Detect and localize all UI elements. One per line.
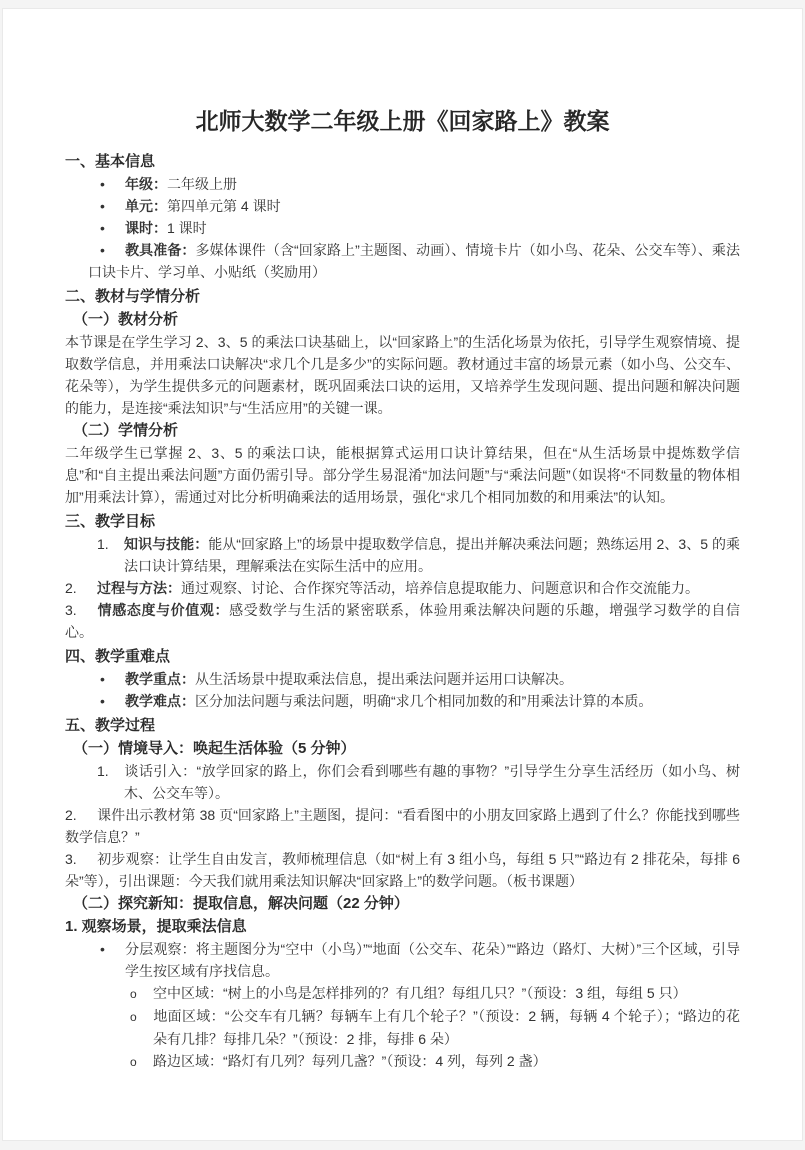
document-viewport: 北师大数学二年级上册《回家路上》教案 一、基本信息 •年级：二年级上册 •单元：… bbox=[0, 0, 805, 1150]
document-page: 北师大数学二年级上册《回家路上》教案 一、基本信息 •年级：二年级上册 •单元：… bbox=[2, 8, 803, 1141]
item-text: 二年级上册 bbox=[167, 176, 237, 192]
bullet-icon: • bbox=[100, 938, 125, 960]
list-item-materials: •教具准备：多媒体课件（含“回家路上”主题图、动画）、情境卡片（如小鸟、花朵、公… bbox=[65, 239, 740, 283]
objective-item-knowledge: 1.知识与技能：能从“回家路上”的场景中提取数学信息，提出并解决乘法问题；熟练运… bbox=[65, 533, 740, 577]
heading-objectives: 三、教学目标 bbox=[65, 511, 740, 533]
item-text: 谈话引入：“放学回家的路上，你们会看到哪些有趣的事物？”引导学生分享生活经历（如… bbox=[124, 763, 740, 801]
key-point-item: •教学重点：从生活场景中提取乘法信息，提出乘法问题并运用口诀解决。 bbox=[65, 668, 740, 690]
item-label: 情感态度与价值观： bbox=[97, 602, 229, 618]
heading-process: 五、教学过程 bbox=[65, 715, 740, 737]
item-text: 路边区域：“路灯有几列？每列几盏？”（预设：4 列，每列 2 盏） bbox=[153, 1053, 547, 1069]
objective-item-process: 2.过程与方法：通过观察、讨论、合作探究等活动，培养信息提取能力、问题意识和合作… bbox=[65, 577, 740, 599]
material-analysis-text: 本节课是在学生学习 2、3、5 的乘法口诀基础上，以“回家路上”的生活化场景为依… bbox=[65, 331, 740, 419]
list-item-lesson-hours: •课时：1 课时 bbox=[65, 217, 740, 239]
heading-analysis: 二、教材与学情分析 bbox=[65, 286, 740, 308]
bullet-icon: • bbox=[100, 173, 125, 195]
item-text: 1 课时 bbox=[167, 220, 207, 236]
item-label: 知识与技能： bbox=[124, 536, 208, 552]
intro-step-talk: 1.谈话引入：“放学回家的路上，你们会看到哪些有趣的事物？”引导学生分享生活经历… bbox=[65, 760, 740, 804]
item-label: 单元： bbox=[125, 198, 167, 214]
circle-bullet-icon: o bbox=[130, 1006, 153, 1028]
item-number: 1. bbox=[97, 533, 124, 555]
heading-explore-stage: （二）探究新知：提取信息，解决问题（22 分钟） bbox=[65, 893, 740, 915]
difficult-point-item: •教学难点：区分加法问题与乘法问题，明确“求几个相同加数的和”用乘法计算的本质。 bbox=[65, 690, 740, 712]
heading-material-analysis: （一）教材分析 bbox=[65, 309, 740, 331]
heading-key-points: 四、教学重难点 bbox=[65, 646, 740, 668]
item-text: 区分加法问题与乘法问题，明确“求几个相同加数的和”用乘法计算的本质。 bbox=[195, 693, 652, 709]
list-item-grade: •年级：二年级上册 bbox=[65, 173, 740, 195]
item-label: 过程与方法： bbox=[97, 580, 181, 596]
sub-item-sky-area: o空中区域：“树上的小鸟是怎样排列的？有几组？每组几只？”（预设：3 组，每组 … bbox=[65, 982, 740, 1005]
item-text: 从生活场景中提取乘法信息，提出乘法问题并运用口诀解决。 bbox=[195, 671, 573, 687]
item-text: 第四单元第 4 课时 bbox=[167, 198, 281, 214]
learner-analysis-text: 二年级学生已掌握 2、3、5 的乘法口诀，能根据算式运用口诀计算结果，但在“从生… bbox=[65, 442, 740, 508]
item-number: 2. bbox=[65, 804, 97, 826]
item-label: 年级： bbox=[125, 176, 167, 192]
bullet-icon: • bbox=[100, 668, 125, 690]
item-number: 1. bbox=[97, 760, 124, 782]
item-label: 课时： bbox=[125, 220, 167, 236]
item-label: 教学重点： bbox=[125, 671, 195, 687]
sub-item-ground-area: o地面区域：“公交车有几辆？每辆车上有几个轮子？”（预设：2 辆，每辆 4 个轮… bbox=[65, 1005, 740, 1050]
circle-bullet-icon: o bbox=[130, 983, 153, 1005]
item-label: 教具准备： bbox=[125, 242, 195, 258]
circle-bullet-icon: o bbox=[130, 1051, 153, 1073]
heading-intro-stage: （一）情境导入：唤起生活体验（5 分钟） bbox=[65, 738, 740, 760]
intro-step-courseware: 2.课件出示教材第 38 页“回家路上”主题图，提问：“看看图中的小朋友回家路上… bbox=[65, 804, 740, 848]
list-item-unit: •单元：第四单元第 4 课时 bbox=[65, 195, 740, 217]
item-number: 3. bbox=[65, 599, 97, 621]
bullet-icon: • bbox=[100, 217, 125, 239]
bullet-icon: • bbox=[100, 239, 125, 261]
item-number: 3. bbox=[65, 848, 97, 870]
item-number: 2. bbox=[65, 577, 97, 599]
heading-explore-step1: 1. 观察场景，提取乘法信息 bbox=[65, 916, 740, 938]
objective-item-emotion: 3.情感态度与价值观：感受数学与生活的紧密联系，体验用乘法解决问题的乐趣，增强学… bbox=[65, 599, 740, 643]
intro-step-observe: 3.初步观察：让学生自由发言，教师梳理信息（如“树上有 3 组小鸟，每组 5 只… bbox=[65, 848, 740, 892]
item-label: 分层观察： bbox=[125, 941, 196, 957]
heading-learner-analysis: （二）学情分析 bbox=[65, 420, 740, 442]
bullet-icon: • bbox=[100, 195, 125, 217]
item-text: 空中区域：“树上的小鸟是怎样排列的？有几组？每组几只？”（预设：3 组，每组 5… bbox=[153, 985, 687, 1001]
item-text: 课件出示教材第 38 页“回家路上”主题图，提问：“看看图中的小朋友回家路上遇到… bbox=[65, 807, 740, 845]
item-label: 教学难点： bbox=[125, 693, 195, 709]
document-title: 北师大数学二年级上册《回家路上》教案 bbox=[65, 105, 740, 137]
item-text: 能从“回家路上”的场景中提取数学信息，提出并解决乘法问题；熟练运用 2、3、5 … bbox=[124, 536, 740, 574]
item-text: 将主题图分为“空中（小鸟）”“地面（公交车、花朵）”“路边（路灯、大树）”三个区… bbox=[125, 941, 740, 979]
item-text: 初步观察：让学生自由发言，教师梳理信息（如“树上有 3 组小鸟，每组 5 只”“… bbox=[65, 851, 740, 889]
heading-basic-info: 一、基本信息 bbox=[65, 151, 740, 173]
bullet-icon: • bbox=[100, 690, 125, 712]
item-text: 通过观察、讨论、合作探究等活动，培养信息提取能力、问题意识和合作交流能力。 bbox=[181, 580, 699, 596]
sub-item-roadside-area: o路边区域：“路灯有几列？每列几盏？”（预设：4 列，每列 2 盏） bbox=[65, 1050, 740, 1073]
item-text: 地面区域：“公交车有几辆？每辆车上有几个轮子？”（预设：2 辆，每辆 4 个轮子… bbox=[153, 1008, 740, 1047]
layered-observation-item: •分层观察：将主题图分为“空中（小鸟）”“地面（公交车、花朵）”“路边（路灯、大… bbox=[65, 938, 740, 982]
